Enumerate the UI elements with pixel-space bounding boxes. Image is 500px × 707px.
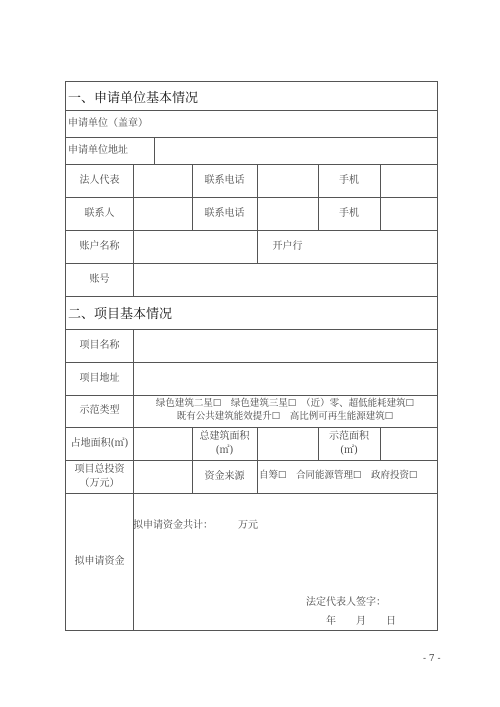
demo-area-field[interactable]: [380, 427, 437, 460]
apply-fund-total: 拟申请资金共计： 万元: [133, 516, 258, 531]
bank-label: 开户行: [257, 230, 318, 263]
account-name-label: 账户名称: [66, 230, 133, 263]
contact-phone-label: 联系电话: [192, 197, 257, 230]
apply-fund-label: 拟申请资金: [66, 493, 133, 631]
apply-fund-area[interactable]: 拟申请资金共计： 万元 法定代表人签字： 年 月 日: [133, 493, 437, 631]
project-address-label: 项目地址: [66, 362, 133, 395]
phone-field[interactable]: [257, 164, 318, 197]
signature-label: 法定代表人签字：: [306, 593, 386, 608]
demo-type-options[interactable]: 绿色建筑二星☐ 绿色建筑三星☐ （近）零、超低能耗建筑☐ 既有公共建筑能效提升☐…: [133, 395, 437, 427]
fund-source-label: 资金来源: [192, 460, 257, 493]
project-name-label: 项目名称: [66, 329, 133, 362]
contact-field[interactable]: [133, 197, 192, 230]
address-label: 申请单位地址: [66, 137, 154, 164]
page-number: - 7 -: [423, 654, 441, 664]
project-address-field[interactable]: [133, 362, 437, 395]
bank-field[interactable]: [318, 230, 437, 263]
demo-type-label: 示范类型: [66, 395, 133, 427]
mobile-label: 手机: [318, 164, 380, 197]
section-title-project: 二、项目基本情况: [66, 296, 437, 329]
date-label: 年 月 日: [326, 612, 396, 627]
project-name-field[interactable]: [133, 329, 437, 362]
land-area-field[interactable]: [133, 427, 192, 460]
demo-type-line1[interactable]: 绿色建筑二星☐ 绿色建筑三星☐ （近）零、超低能耗建筑☐: [156, 398, 414, 411]
contact-mobile-label: 手机: [318, 197, 380, 230]
total-invest-label: 项目总投资 （万元）: [66, 460, 133, 493]
account-no-label: 账号: [66, 263, 133, 296]
application-form-table: 一、申请单位基本情况 申请单位（盖章） 申请单位地址 法人代表 联系电话 手机 …: [65, 81, 438, 631]
contact-label: 联系人: [66, 197, 133, 230]
demo-type-line2[interactable]: 既有公共建筑能效提升☐ 高比例可再生能源建筑☐: [177, 411, 394, 424]
legal-rep-label: 法人代表: [66, 164, 133, 197]
total-area-label: 总建筑面积 (㎡): [192, 427, 257, 460]
fund-source-options[interactable]: 自筹☐ 合同能源管理☐ 政府投资☐: [257, 460, 437, 493]
contact-phone-field[interactable]: [257, 197, 318, 230]
section-title-applicant: 一、申请单位基本情况: [66, 82, 437, 110]
total-area-field[interactable]: [257, 427, 318, 460]
mobile-field[interactable]: [380, 164, 437, 197]
land-area-label: 占地面积(㎡): [66, 427, 133, 460]
legal-rep-field[interactable]: [133, 164, 192, 197]
phone-label: 联系电话: [192, 164, 257, 197]
account-name-field[interactable]: [133, 230, 257, 263]
total-invest-field[interactable]: [133, 460, 192, 493]
contact-mobile-field[interactable]: [380, 197, 437, 230]
account-no-field[interactable]: [133, 263, 437, 296]
address-field[interactable]: [154, 137, 437, 164]
demo-area-label: 示范面积 (㎡): [318, 427, 380, 460]
applicant-label: 申请单位（盖章）: [66, 110, 437, 137]
